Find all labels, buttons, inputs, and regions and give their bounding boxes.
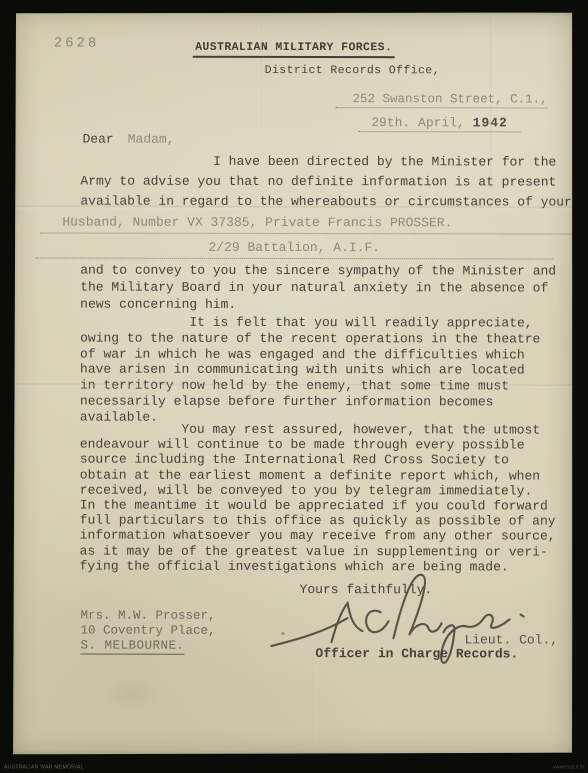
fold-crease bbox=[312, 652, 314, 752]
salutation-filled: Madam, bbox=[128, 132, 175, 147]
address-text: 252 Swanston Street, C.1., bbox=[353, 92, 548, 106]
paragraph-1: I have been directed by the Minister for… bbox=[80, 152, 572, 213]
signatory-rank: Lieut. Col., bbox=[464, 632, 558, 647]
recipient-street: 10 Coventry Place, bbox=[80, 624, 215, 639]
letterhead-title: AUSTRALIAN MILITARY FORCES. bbox=[193, 41, 394, 58]
archive-caption-left: AUSTRALIAN WAR MEMORIAL bbox=[4, 765, 84, 770]
recipient-name: Mrs. M.W. Prosser, bbox=[80, 609, 215, 624]
letter-paper: 2628 AUSTRALIAN MILITARY FORCES. Distric… bbox=[12, 11, 574, 755]
letterhead: AUSTRALIAN MILITARY FORCES. bbox=[14, 36, 574, 58]
date-line: 29th. April, 1942 bbox=[359, 115, 521, 132]
archive-photo-background: { "frame": { "archive_left": "AUSTRALIAN… bbox=[0, 0, 588, 773]
paragraph-3: It is felt that you will readily appreci… bbox=[80, 315, 541, 427]
fold-crease bbox=[262, 12, 264, 132]
office-line: District Records Office, bbox=[265, 64, 440, 77]
salutation: DearMadam, bbox=[82, 132, 174, 147]
date-year: 1942 bbox=[473, 115, 508, 130]
stain-speck bbox=[281, 632, 284, 635]
fill-in-battalion: 2/29 Battalion, A.I.F. bbox=[35, 239, 553, 259]
salutation-fixed: Dear bbox=[82, 132, 113, 147]
closing-line: Yours faithfully. bbox=[300, 582, 433, 597]
paragraph-2: and to convey to you the sincere sympath… bbox=[80, 262, 556, 314]
fill-in-soldier: Husband, Number VX 37385, Private Franci… bbox=[40, 214, 580, 234]
stain-smudge bbox=[102, 677, 162, 711]
date-text: 29th. April, bbox=[371, 115, 465, 130]
address-line: 252 Swanston Street, C.1., bbox=[336, 92, 548, 108]
archive-caption-right: AWM2022.8.31 bbox=[552, 765, 585, 770]
recipient-city: S. MELBOURNE. bbox=[80, 639, 184, 655]
recipient-block: Mrs. M.W. Prosser, 10 Coventry Place, S.… bbox=[80, 609, 215, 654]
signatory-title: Officer in Charge Records. bbox=[315, 646, 518, 661]
paragraph-4: You may rest assured, however, that the … bbox=[80, 422, 556, 575]
